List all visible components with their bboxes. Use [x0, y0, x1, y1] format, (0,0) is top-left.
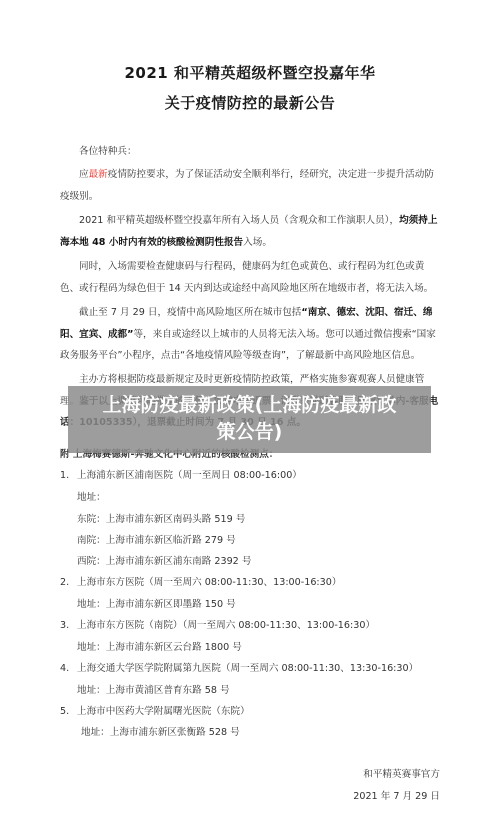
site-5-name: 5.上海市中医药大学附属曙光医院（东院） — [60, 703, 250, 717]
site-2-address: 地址：上海市浦东新区即墨路 150 号 — [77, 596, 236, 610]
greeting: 各位特种兵： — [60, 141, 440, 163]
site-1-branch-west: 西院：上海市浦东新区浦东南路 2392 号 — [77, 553, 251, 567]
site-5-address: 地址：上海市浦东新区张衡路 528 号 — [81, 724, 240, 738]
document-title-line2: 关于疫情防控的最新公告 — [0, 92, 500, 113]
document-title-line1: 2021 和平精英超级杯暨空投嘉年华 — [0, 62, 500, 83]
site-1-branch-east: 东院：上海市浦东新区南码头路 519 号 — [77, 511, 245, 525]
paragraph-3: 同时，入场需要检查健康码与行程码，健康码为红色或黄色、或行程码为红色或黄色、或行… — [60, 256, 440, 299]
site-2-name: 2.上海市东方医院（周一至周六 08:00-11:30、13:00-16:30） — [60, 574, 341, 588]
paragraph-4: 截止至 7 月 29 日，疫情中高风险地区所在城市包括“南京、德宏、沈阳、宿迁、… — [60, 302, 440, 367]
site-4-name: 4.上海交通大学医学院附属第九医院（周一至周六 08:00-11:30、13:3… — [60, 660, 418, 674]
site-1-address-label: 地址： — [77, 489, 106, 503]
site-4-address: 地址：上海市黄浦区普育东路 58 号 — [77, 682, 230, 696]
signature-date: 2021 年 7 月 29 日 — [353, 788, 440, 802]
site-3-name: 3.上海市东方医院（南院）（周一至周六 08:00-11:30、13:00-16… — [60, 617, 375, 631]
site-3-address: 地址：上海市浦东新区云台路 1800 号 — [77, 639, 242, 653]
site-1-branch-south: 南院：上海市浦东新区临沂路 279 号 — [77, 532, 236, 546]
site-1-name: 1.上海浦东新区浦南医院（周一至周日 08:00-16:00） — [60, 467, 302, 481]
caption-line-1: 上海防疫最新政策(上海防疫最新政 — [68, 392, 431, 419]
signature: 和平精英赛事官方 — [363, 766, 440, 780]
highlight-48-hours: 48 小时 — [92, 237, 128, 248]
paragraph-2: 2021 和平精英超级杯暨空投嘉年所有入场人员（含观众和工作演职人员），均须持上… — [60, 210, 440, 253]
highlight-latest: 最新 — [89, 169, 108, 180]
caption-line-2: 策公告) — [68, 419, 431, 446]
caption-overlay: 上海防疫最新政策(上海防疫最新政 策公告) — [68, 386, 431, 453]
highlight-chengdu: 成都 — [108, 329, 127, 340]
paragraph-1: 应最新疫情防控要求，为了保证活动安全顺利举行，经研究，决定进一步提升活动防疫级别… — [60, 164, 440, 207]
